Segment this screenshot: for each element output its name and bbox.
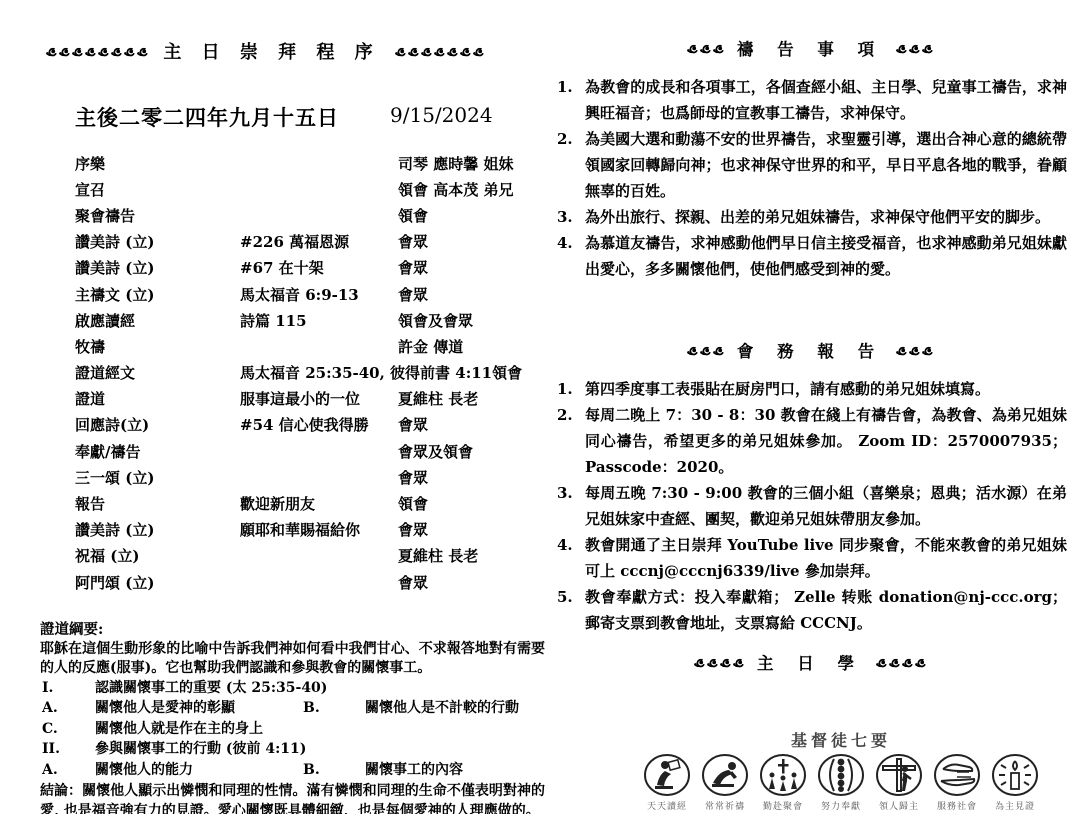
swirl-ornament-left [686,43,725,54]
program-item: 奉獻/禱告 [75,441,240,462]
outline-row: C.關懷他人就是作在主的身上 [40,720,545,741]
outline-label: C. [42,720,58,740]
program-row: 讚美詩 (立)#67 在十架會眾 [75,255,545,281]
bulletin-title-row: 主 日 崇 拜 程 序 [30,38,500,64]
item-text: 每周五晚 7:30 - 9:00 教會的三個小組（喜樂泉；恩典；活水源）在弟兄姐… [585,480,1067,532]
sermon-outline: 證道綱要: 耶穌在這個生動形象的比喻中告訴我們神如何看中我們甘心、不求報答地對有… [40,620,545,814]
program-who: 會眾 [398,519,428,540]
list-item: 4.為慕道友禱告，求神感動他們早日信主接受福音，也求神感動弟兄姐妹獻出愛心，多多… [557,230,1067,282]
item-text: 第四季度事工表張貼在厨房門口，請有感動的弟兄姐妹填寫。 [585,376,1067,402]
seven-essential-label: 為主見證 [995,799,1035,812]
program-row: 阿門頌 (立)會眾 [75,569,545,595]
program-item: 回應詩(立) [75,414,240,435]
program-who: 領會 [398,205,428,226]
list-item: 4.教會開通了主日崇拜 YouTube live 同步聚會，不能來教會的弟兄姐妹… [557,532,1067,584]
seven-essential: 領人歸主 [872,753,926,812]
item-text: 為美國大選和動蕩不安的世界禱告，求聖靈引導，選出合神心意的總統帶領國家回轉歸向神… [585,126,1067,204]
program-detail: 馬太福音 6:9-13 [240,284,398,305]
item-number: 4. [557,230,585,282]
program-item: 報告 [75,493,240,514]
program-who: 夏維柱 長老 [398,545,478,566]
item-text: 為外出旅行、探親、出差的弟兄姐妹禱告，求神保守他們平安的脚步。 [585,204,1067,230]
program-item: 三一頌 (立) [75,467,240,488]
program-row: 祝福 (立)夏維柱 長老 [75,543,545,569]
item-text: 為教會的成長和各項事工，各個查經小組、主日學、兒童事工禱告，求神興旺福音；也爲師… [585,74,1067,126]
program-row: 啟應讀經詩篇 115領會及會眾 [75,307,545,333]
program-who: 會眾 [398,467,428,488]
sermon-outline-intro: 耶穌在這個生動形象的比喻中告訴我們神如何看中我們甘心、不求報答地對有需要的人的反… [40,640,545,679]
seven-essential-label: 領人歸主 [879,799,919,812]
program-detail: 馬太福音 25:35-40, 彼得前書 4:11 [240,362,492,383]
seven-essential: 服務社會 [930,753,984,812]
swirl-ornament-right [895,345,934,356]
program-item: 讚美詩 (立) [75,519,240,540]
program-item: 讚美詩 (立) [75,231,240,252]
sermon-outline-conclusion: 結論：關懷他人顯示出憐憫和同理的性情。滿有憐憫和同理的生命不僅表明對神的愛, 也… [40,782,545,814]
seven-essential-label: 天天讀經 [647,799,687,812]
program-who: 會眾 [398,284,428,305]
program-who: 領會 [492,362,522,383]
outline-label: B. [303,699,320,719]
sunday-school-title: 主 日 學 [757,650,863,674]
program-detail: #226 萬福恩源 [240,231,398,252]
swirl-ornament-left [693,657,745,668]
seven-essential: 為主見證 [988,753,1042,812]
seven-essential-label: 常常祈禱 [705,799,745,812]
lead-to-lord-icon [875,753,923,797]
swirl-ornament-left [686,345,725,356]
pray-icon [701,753,749,797]
program-item: 祝福 (立) [75,545,240,566]
seven-essential-label: 努力奉獻 [821,799,861,812]
program-row: 報告歡迎新朋友領會 [75,490,545,516]
item-text: 教會奉獻方式：投入奉獻箱； Zelle 转账 donation@nj-ccc.o… [585,584,1067,636]
list-item: 3.每周五晚 7:30 - 9:00 教會的三個小組（喜樂泉；恩典；活水源）在弟… [557,480,1067,532]
outline-label: A. [42,761,58,781]
program-who: 司琴 應時馨 姐妹 [398,153,513,174]
date-chinese: 主後二零二四年九月十五日 [75,105,339,130]
program-who: 會眾及領會 [398,441,473,462]
item-text: 為慕道友禱告，求神感動他們早日信主接受福音，也求神感動弟兄姐妹獻出愛心，多多關懷… [585,230,1067,282]
program-item: 牧禱 [75,336,240,357]
list-item: 3.為外出旅行、探親、出差的弟兄姐妹禱告，求神保守他們平安的脚步。 [557,204,1067,230]
outline-text: 參與關懷事工的行動 (彼前 4:11) [95,740,306,760]
prayer-items-list: 1.為教會的成長和各項事工，各個查經小組、主日學、兒童事工禱告，求神興旺福音；也… [557,74,1067,282]
program-item: 阿門頌 (立) [75,572,240,593]
program-row: 證道經文馬太福音 25:35-40, 彼得前書 4:11領會 [75,360,545,386]
seven-essential-label: 勤赴聚會 [763,799,803,812]
program-row: 宣召領會 高本茂 弟兄 [75,176,545,202]
program-row: 讚美詩 (立)#226 萬福恩源會眾 [75,229,545,255]
program-who: 領會 [398,493,428,514]
program-item: 序樂 [75,153,240,174]
attend-meeting-icon [759,753,807,797]
program-item: 讚美詩 (立) [75,257,240,278]
outline-row: I.認識關懷事工的重要 (太 25:35-40) [40,679,545,700]
program-who: 會眾 [398,414,428,435]
outline-row: II.參與關懷事工的行動 (彼前 4:11) [40,740,545,761]
report-section-title: 會 務 報 告 [737,338,883,362]
page-title: 主 日 崇 拜 程 序 [163,38,379,64]
item-text: 每周二晚上 7：30 - 8：30 教會在綫上有禱告會，為教會、為弟兄姐妹同心禱… [585,402,1067,480]
program-row: 奉獻/禱告會眾及領會 [75,438,545,464]
item-number: 3. [557,480,585,532]
program-item: 主禱文 (立) [75,284,240,305]
program-who: 領會及會眾 [398,310,473,331]
report-items-list: 1.第四季度事工表張貼在厨房門口，請有感動的弟兄姐妹填寫。 2.每周二晚上 7：… [557,376,1067,636]
list-item: 1.為教會的成長和各項事工，各個查經小組、主日學、兒童事工禱告，求神興旺福音；也… [557,74,1067,126]
report-section-header: 會 務 報 告 [555,338,1065,362]
outline-text: 關懷他人就是作在主的身上 [95,720,263,740]
item-text: 教會開通了主日崇拜 YouTube live 同步聚會，不能來教會的弟兄姐妹可上… [585,532,1067,584]
sermon-outline-heading: 證道綱要: [40,620,545,640]
program-row: 三一頌 (立)會眾 [75,464,545,490]
date-row: 主後二零二四年九月十五日 9/15/2024 [75,102,530,130]
program-detail: 詩篇 115 [240,310,398,331]
worship-program-list: 序樂司琴 應時馨 姐妹 宣召領會 高本茂 弟兄 聚會禱告領會 讚美詩 (立)#2… [75,150,545,595]
program-row: 讚美詩 (立)願耶和華賜福給你會眾 [75,517,545,543]
program-who: 領會 高本茂 弟兄 [398,179,513,200]
program-item: 聚會禱告 [75,205,240,226]
outline-label: I. [42,679,53,699]
program-detail: 服事這最小的一位 [240,388,398,409]
program-who: 許金 傳道 [398,336,463,357]
outline-text: 關懷他人是不計較的行動 [365,699,519,719]
prayer-section-title: 禱 告 事 項 [737,36,883,60]
seven-essentials-icons: 天天讀經 常常祈禱 [640,753,1042,812]
program-who: 會眾 [398,572,428,593]
swirl-ornament-left [45,46,149,57]
seven-essentials-title: 基督徒七要 [640,728,1042,751]
program-row: 聚會禱告領會 [75,202,545,228]
swirl-ornament-right [394,46,485,57]
seven-essentials-block: 基督徒七要 天天讀經 [640,728,1042,812]
item-number: 3. [557,204,585,230]
seven-essential-label: 服務社會 [937,799,977,812]
program-row: 序樂司琴 應時馨 姐妹 [75,150,545,176]
read-bible-icon [643,753,691,797]
seven-essential: 天天讀經 [640,753,694,812]
item-number: 1. [557,74,585,126]
outline-label: A. [42,699,58,719]
program-detail: #54 信心使我得勝 [240,414,398,435]
program-detail: 願耶和華賜福給你 [240,519,398,540]
item-number: 1. [557,376,585,402]
item-number: 5. [557,584,585,636]
program-row: 主禱文 (立)馬太福音 6:9-13會眾 [75,281,545,307]
prayer-section-header: 禱 告 事 項 [555,36,1065,60]
outline-text: 關懷他人是愛神的彰顯 [95,699,235,719]
list-item: 2.為美國大選和動蕩不安的世界禱告，求聖靈引導，選出合神心意的總統帶領國家回轉歸… [557,126,1067,204]
program-item: 證道經文 [75,362,240,383]
list-item: 2.每周二晚上 7：30 - 8：30 教會在綫上有禱告會，為教會、為弟兄姐妹同… [557,402,1067,480]
program-row: 回應詩(立)#54 信心使我得勝會眾 [75,412,545,438]
program-row: 證道服事這最小的一位夏維柱 長老 [75,386,545,412]
program-detail: 歡迎新朋友 [240,493,398,514]
witness-icon [991,753,1039,797]
outline-label: B. [303,761,320,781]
list-item: 1.第四季度事工表張貼在厨房門口，請有感動的弟兄姐妹填寫。 [557,376,1067,402]
swirl-ornament-right [895,43,934,54]
outline-text: 認識關懷事工的重要 (太 25:35-40) [95,679,327,699]
program-detail: #67 在十架 [240,257,398,278]
seven-essential: 勤赴聚會 [756,753,810,812]
outline-label: II. [42,740,60,760]
offering-icon [817,753,865,797]
outline-row: A.關懷他人的能力B.關懷事工的內容 [40,761,545,782]
program-who: 會眾 [398,231,428,252]
seven-essential: 常常祈禱 [698,753,752,812]
swirl-ornament-right [875,657,927,668]
outline-row: A.關懷他人是愛神的彰顯B.關懷他人是不計較的行動 [40,699,545,720]
program-item: 證道 [75,388,240,409]
outline-text: 關懷事工的內容 [365,761,463,781]
serve-society-icon [933,753,981,797]
item-number: 4. [557,532,585,584]
program-item: 啟應讀經 [75,310,240,331]
sunday-school-header: 主 日 學 [555,650,1065,674]
outline-text: 關懷他人的能力 [95,761,193,781]
program-row: 牧禱許金 傳道 [75,333,545,359]
item-number: 2. [557,126,585,204]
program-who: 夏維柱 長老 [398,388,478,409]
seven-essential: 努力奉獻 [814,753,868,812]
program-who: 會眾 [398,257,428,278]
item-number: 2. [557,402,585,480]
date-numeric: 9/15/2024 [390,103,493,127]
program-item: 宣召 [75,179,240,200]
list-item: 5.教會奉獻方式：投入奉獻箱； Zelle 转账 donation@nj-ccc… [557,584,1067,636]
